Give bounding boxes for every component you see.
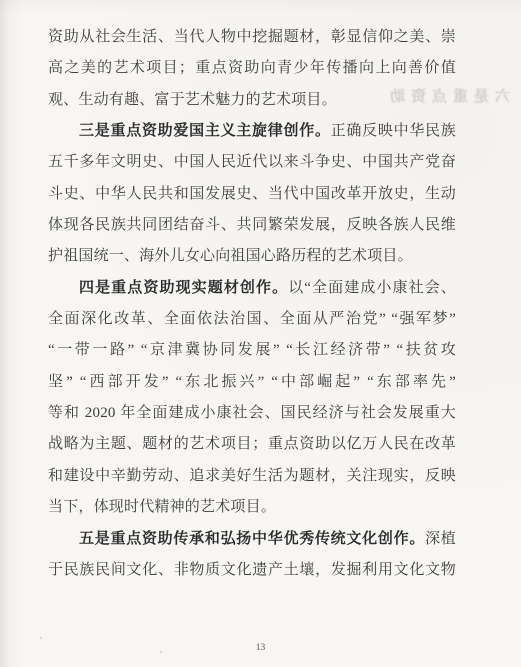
text-line: 护祖国统一、海外儿女心向祖国心路历程的艺术项目。 (48, 241, 456, 272)
line-text: 观、生动有趣、富于艺术魅力的艺术项目。 (48, 92, 337, 108)
line-text: 战略为主题、题材的艺术项目；重点资助以亿万人民在改革 (48, 436, 456, 452)
paragraph-lead-bold: 三是重点资助爱国主义主旋律创作。 (79, 123, 331, 139)
text-line: 观、生动有趣、富于艺术魅力的艺术项目。 (48, 85, 456, 116)
line-text: 和建设中辛勤劳动、追求美好生活为题材，关注现实，反映 (48, 468, 456, 484)
scan-speck (40, 637, 42, 639)
text-line: 战略为主题、题材的艺术项目；重点资助以亿万人民在改革 (48, 429, 456, 460)
text-line: 资助从社会生活、当代人物中挖掘题材，彰显信仰之美、崇 (48, 22, 456, 53)
scanned-document-page: 六是重点资助 资助从社会生活、当代人物中挖掘题材，彰显信仰之美、崇高之美的艺术项… (0, 0, 521, 667)
text-line: 全面深化改革、全面依法治国、全面从严治党” “强军梦” (48, 304, 456, 335)
line-text: 坚” “西部开发” “东北振兴” “中部崛起” “东部率先” (48, 374, 456, 390)
line-text: 护祖国统一、海外儿女心向祖国心路历程的艺术项目。 (48, 248, 413, 264)
line-text: 斗史、中华人民共和国发展史、当代中国改革开放史，生动 (48, 186, 456, 202)
text-line: 五千多年文明史、中国人民近代以来斗争史、中国共产党奋 (48, 147, 456, 178)
line-text: 高之美的艺术项目；重点资助向青少年传播向上向善价值 (48, 60, 456, 76)
text-line: 等和 2020 年全面建成小康社会、国民经济与社会发展重大 (48, 398, 456, 429)
line-text: 当下，体现时代精神的艺术项目。 (48, 499, 276, 515)
paragraph-lead-bold: 五是重点资助传承和弘扬中华优秀传统文化创作。 (79, 531, 425, 547)
line-text: 全面深化改革、全面依法治国、全面从严治党” “强军梦” (48, 311, 456, 327)
text-line: 和建设中辛勤劳动、追求美好生活为题材，关注现实，反映 (48, 461, 456, 492)
page-number: 13 (0, 643, 521, 653)
line-text: 以“全面建成小康社会、 (288, 280, 456, 296)
text-line: 五是重点资助传承和弘扬中华优秀传统文化创作。深植 (48, 524, 456, 555)
line-text: 正确反映中华民族 (331, 123, 456, 139)
text-line: 三是重点资助爱国主义主旋律创作。正确反映中华民族 (48, 116, 456, 147)
line-text: “一带一路” “京津冀协同发展” “长江经济带” “扶贫攻 (48, 342, 456, 358)
text-line: 高之美的艺术项目；重点资助向青少年传播向上向善价值 (48, 53, 456, 84)
document-text-block: 资助从社会生活、当代人物中挖掘题材，彰显信仰之美、崇高之美的艺术项目；重点资助向… (48, 22, 456, 586)
line-text: 体现各民族共同团结奋斗、共同繁荣发展，反映各族人民维 (48, 217, 456, 233)
text-line: 坚” “西部开发” “东北振兴” “中部崛起” “东部率先” (48, 367, 456, 398)
paragraph-lead-bold: 四是重点资助现实题材创作。 (79, 280, 288, 296)
line-text: 深植 (425, 531, 456, 547)
line-text: 五千多年文明史、中国人民近代以来斗争史、中国共产党奋 (48, 154, 456, 170)
text-line: 当下，体现时代精神的艺术项目。 (48, 492, 456, 523)
text-line: “一带一路” “京津冀协同发展” “长江经济带” “扶贫攻 (48, 335, 456, 366)
line-text: 资助从社会生活、当代人物中挖掘题材，彰显信仰之美、崇 (48, 29, 456, 45)
text-line: 体现各民族共同团结奋斗、共同繁荣发展，反映各族人民维 (48, 210, 456, 241)
line-text: 等和 2020 年全面建成小康社会、国民经济与社会发展重大 (48, 405, 456, 421)
text-line: 于民族民间文化、非物质文化遗产土壤，发掘利用文化文物 (48, 555, 456, 586)
text-line: 四是重点资助现实题材创作。以“全面建成小康社会、 (48, 273, 456, 304)
line-text: 于民族民间文化、非物质文化遗产土壤，发掘利用文化文物 (48, 562, 456, 578)
text-line: 斗史、中华人民共和国发展史、当代中国改革开放史，生动 (48, 179, 456, 210)
